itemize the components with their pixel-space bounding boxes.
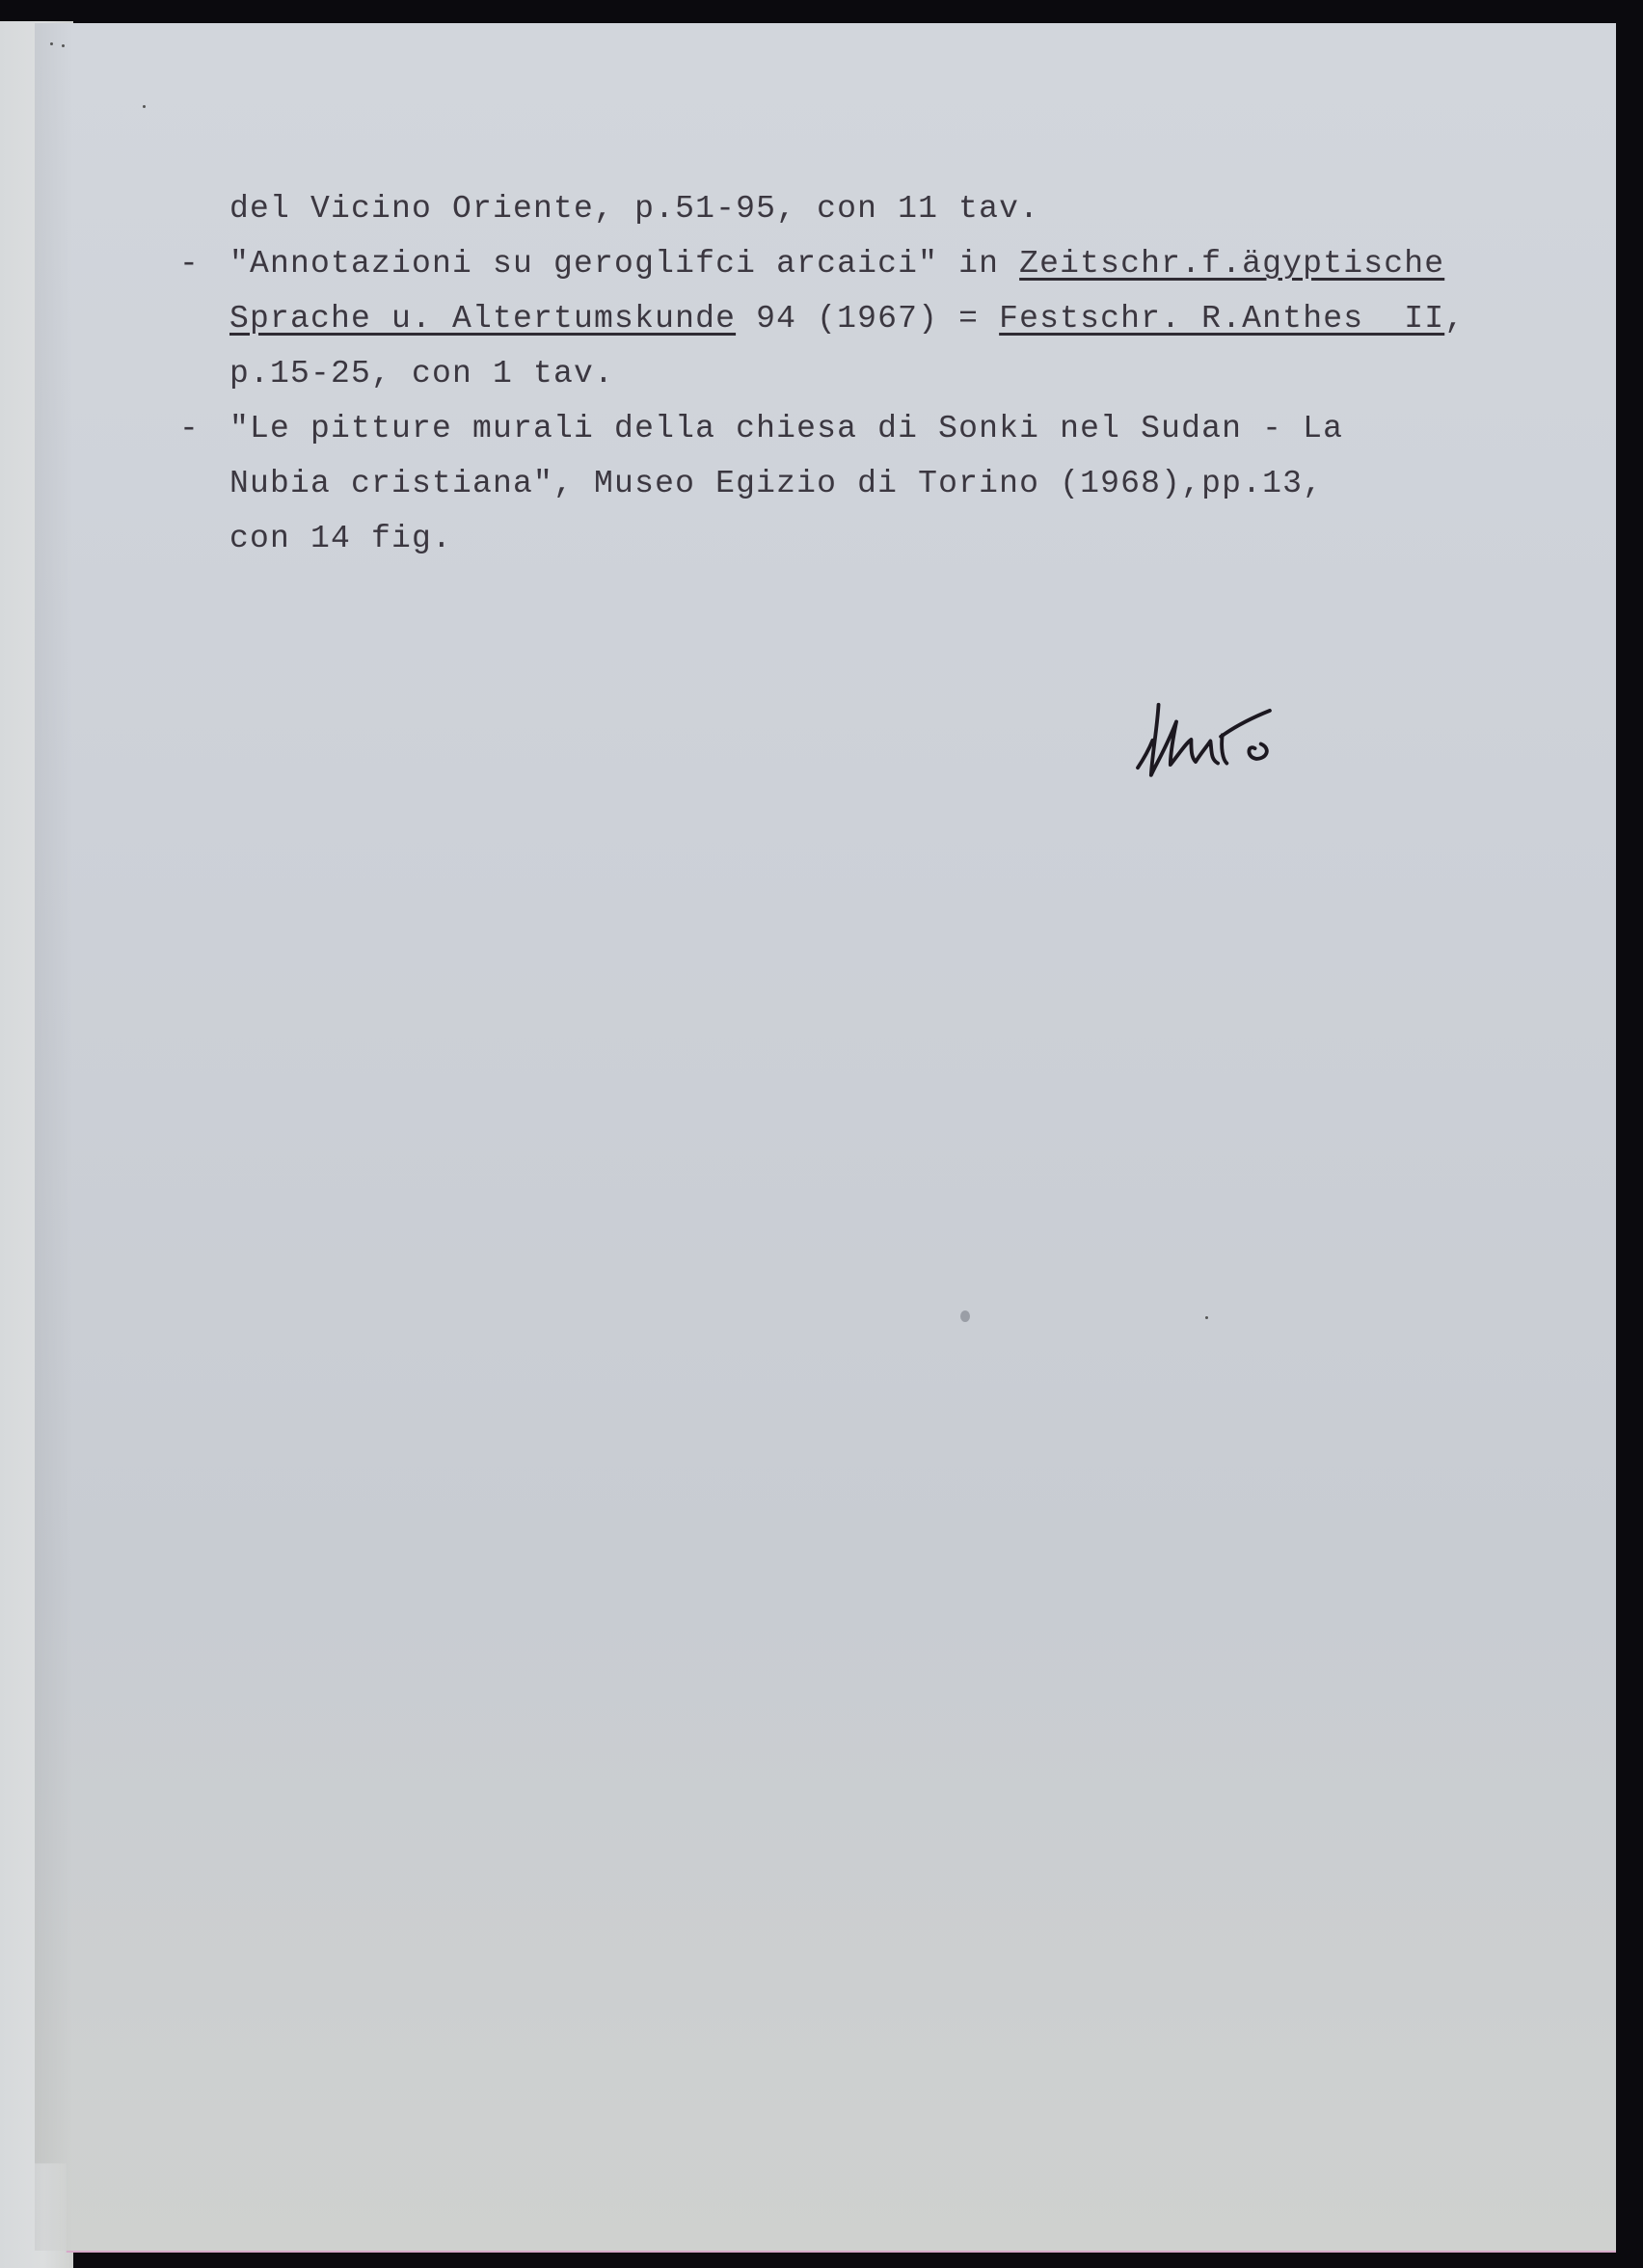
underlined-title: Zeitschr.f.ägyptische <box>1019 246 1444 282</box>
bullet-dash: - <box>179 411 200 446</box>
underlined-title: Festschr. R.Anthes II <box>999 301 1444 337</box>
text-segment: , <box>1444 301 1465 337</box>
text-segment: del Vicino Oriente, p.51-95, con 11 tav. <box>229 191 1039 227</box>
line-text: del Vicino Oriente, p.51-95, con 11 tav. <box>229 191 1039 227</box>
paper-speck <box>960 1310 970 1322</box>
paper-speck <box>62 44 65 47</box>
text-segment: 94 (1967) = <box>736 301 999 337</box>
text-segment: con 14 fig. <box>229 521 452 556</box>
page-shadow <box>35 23 73 2251</box>
text-segment: "Annotazioni su geroglifci arcaici" in <box>229 246 1019 282</box>
line-text: "Le pitture murali della chiesa di Sonki… <box>229 411 1343 446</box>
line-text: con 14 fig. <box>229 521 452 556</box>
bullet-dash: - <box>179 246 200 282</box>
line-text: Sprache u. Altertumskunde 94 (1967) = Fe… <box>229 301 1465 337</box>
paper-speck <box>50 42 53 45</box>
line-text: "Annotazioni su geroglifci arcaici" in Z… <box>229 246 1444 282</box>
text-segment: "Le pitture murali della chiesa di Sonki… <box>229 411 1343 446</box>
underlined-title: Sprache u. Altertumskunde <box>229 301 736 337</box>
text-segment: p.15-25, con 1 tav. <box>229 356 614 391</box>
handwritten-signature <box>1099 675 1292 791</box>
paper-speck <box>143 105 146 108</box>
line-text: Nubia cristiana", Museo Egizio di Torino… <box>229 466 1323 501</box>
line-text: p.15-25, con 1 tav. <box>229 356 614 391</box>
paper-speck <box>1205 1316 1208 1319</box>
text-segment: Nubia cristiana", Museo Egizio di Torino… <box>229 466 1323 501</box>
